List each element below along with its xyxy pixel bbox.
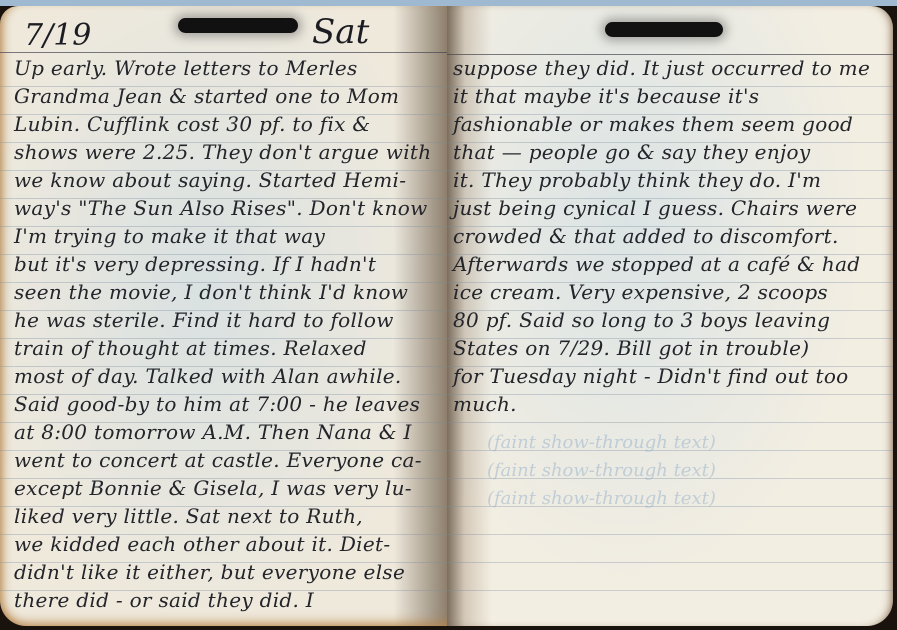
handwritten-line: fashionable or makes them seem good [447,112,893,136]
handwritten-line: we kidded each other about it. Diet- [0,532,447,556]
bleedthrough-text: (faint show-through text) [487,432,716,453]
handwritten-line: States on 7/29. Bill got in trouble) [447,336,893,360]
handwritten-line: seen the movie, I don't think I'd know [0,280,447,304]
header-rule [0,52,447,53]
handwritten-line: I'm trying to make it that way [0,224,447,248]
entry-day: Sat [312,12,369,52]
handwritten-line: much. [447,392,893,416]
handwritten-line: Up early. Wrote letters to Merles [0,56,447,80]
handwritten-line: 80 pf. Said so long to 3 boys leaving [447,308,893,332]
handwritten-line: but it's very depressing. If I hadn't [0,252,447,276]
handwritten-line: it that maybe it's because it's [447,84,893,108]
handwritten-line: most of day. Talked with Alan awhile. [0,364,447,388]
handwritten-line: way's "The Sun Also Rises". Don't know [0,196,447,220]
redaction-bar [605,22,723,37]
handwritten-line: that — people go & say they enjoy [447,140,893,164]
handwritten-line: suppose they did. It just occurred to me [447,56,893,80]
handwritten-line: Lubin. Cufflink cost 30 pf. to fix & [0,112,447,136]
handwritten-line: ice cream. Very expensive, 2 scoops [447,280,893,304]
handwritten-line: liked very little. Sat next to Ruth, [0,504,447,528]
handwritten-line: for Tuesday night - Didn't find out too [447,364,893,388]
handwritten-line: shows were 2.25. They don't argue with [0,140,447,164]
handwritten-line: crowded & that added to discomfort. [447,224,893,248]
bleedthrough-text: (faint show-through text) [487,460,716,481]
handwritten-line: just being cynical I guess. Chairs were [447,196,893,220]
redaction-bar [178,18,298,33]
header-rule [447,54,893,55]
right-page: suppose they did. It just occurred to me… [447,6,893,626]
open-diary: 7/19 Sat Up early. Wrote letters to Merl… [0,0,897,630]
handwritten-line: Afterwards we stopped at a café & had [447,252,893,276]
handwritten-line: Said good-by to him at 7:00 - he leaves [0,392,447,416]
handwritten-line: at 8:00 tomorrow A.M. Then Nana & I [0,420,447,444]
handwritten-line: went to concert at castle. Everyone ca- [0,448,447,472]
handwritten-line: he was sterile. Find it hard to follow [0,308,447,332]
handwritten-line: except Bonnie & Gisela, I was very lu- [0,476,447,500]
left-page: 7/19 Sat Up early. Wrote letters to Merl… [0,6,447,626]
handwritten-line: train of thought at times. Relaxed [0,336,447,360]
handwritten-line: it. They probably think they do. I'm [447,168,893,192]
handwritten-line: there did - or said they did. I [0,588,447,612]
handwritten-line: Grandma Jean & started one to Mom [0,84,447,108]
entry-date: 7/19 [24,18,91,53]
handwritten-line: we know about saying. Started Hemi- [0,168,447,192]
handwritten-line: didn't like it either, but everyone else [0,560,447,584]
bleedthrough-text: (faint show-through text) [487,488,716,509]
